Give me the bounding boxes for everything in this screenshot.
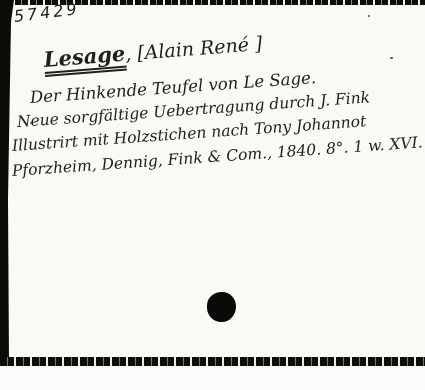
scan-background-strip [0, 366, 425, 390]
scan-speck [368, 15, 370, 17]
punch-hole [207, 292, 236, 322]
perforated-bottom-edge [0, 357, 425, 366]
catalog-card-scan: 57429 Lesage, [Alain René ] Der Hinkende… [0, 0, 425, 390]
scan-speck [30, 122, 32, 124]
scan-speck [390, 57, 393, 59]
